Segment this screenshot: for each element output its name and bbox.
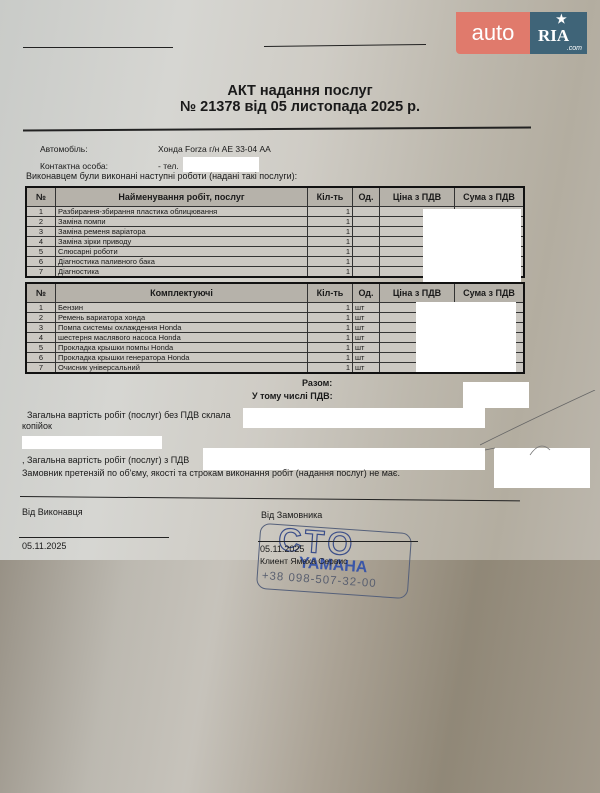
- photo-shadow: [0, 560, 600, 793]
- pen-scribble: [480, 390, 600, 490]
- cell-num: 2: [26, 313, 56, 323]
- star-icon: ★: [556, 12, 567, 27]
- cell-qty: 1: [308, 343, 353, 353]
- cell-num: 5: [26, 247, 56, 257]
- cell-unit: шт: [353, 313, 380, 323]
- redacted-parts-prices: [416, 302, 516, 372]
- cell-unit: шт: [353, 333, 380, 343]
- contact-value: - тел.: [158, 161, 179, 171]
- cell-unit: [353, 257, 380, 267]
- cell-unit: [353, 227, 380, 237]
- top-line-left: [23, 47, 173, 48]
- customer-date: 05.11.2025: [260, 544, 304, 554]
- with-vat-text: , Загальна вартість робіт (послуг) з ПДВ: [22, 455, 189, 465]
- executor-date: 05.11.2025: [22, 541, 66, 551]
- redacted-with-vat-amount: [203, 448, 485, 470]
- cell-name: Заміна зірки приводу: [56, 237, 308, 247]
- redacted-phone: [183, 157, 259, 172]
- works-header-row: № Найменування робіт, послуг Кіл-ть Од. …: [26, 187, 524, 207]
- redacted-works-prices: [423, 209, 521, 282]
- customer-sign-line: [258, 541, 418, 542]
- intro-text: Виконавцем були виконані наступні роботи…: [26, 171, 297, 181]
- cell-unit: шт: [353, 343, 380, 353]
- autoria-logo: auto ★ RIA .com: [456, 12, 587, 54]
- cell-num: 5: [26, 343, 56, 353]
- logo-ria: ★ RIA .com: [530, 12, 587, 54]
- cell-num: 3: [26, 227, 56, 237]
- executor-label: Від Виконавця: [22, 507, 83, 517]
- customer-name: Клиент Ямаха Сервис: [260, 556, 347, 566]
- cell-unit: шт: [353, 323, 380, 333]
- cell-unit: [353, 207, 380, 217]
- cell-name: Слюсарні роботи: [56, 247, 308, 257]
- cell-qty: 1: [308, 303, 353, 313]
- parts-header-row: № Комплектуючі Кіл-ть Од. Ціна з ПДВ Сум…: [26, 283, 524, 303]
- cell-name: Прокладка крышки помпы Honda: [56, 343, 308, 353]
- logo-auto: auto: [456, 12, 530, 54]
- cell-qty: 1: [308, 257, 353, 267]
- cell-name: Діагностика паливного бака: [56, 257, 308, 267]
- cell-unit: [353, 237, 380, 247]
- cell-num: 4: [26, 333, 56, 343]
- no-vat-text: Загальна вартість робіт (послуг) без ПДВ…: [27, 410, 231, 420]
- cell-num: 1: [26, 207, 56, 217]
- cell-unit: [353, 217, 380, 227]
- cell-name: Діагностика: [56, 267, 308, 278]
- cell-unit: шт: [353, 303, 380, 313]
- cell-qty: 1: [308, 333, 353, 343]
- cell-qty: 1: [308, 363, 353, 374]
- document-title: АКТ надання послуг: [0, 83, 600, 99]
- cell-qty: 1: [308, 207, 353, 217]
- contact-label: Контактна особа:: [40, 161, 108, 171]
- document-number: № 21378 від 05 листопада 2025 р.: [0, 99, 600, 115]
- title-underline: [23, 126, 531, 131]
- cell-num: 4: [26, 237, 56, 247]
- cell-unit: [353, 267, 380, 278]
- total-label: Разом:: [302, 378, 332, 388]
- cell-num: 3: [26, 323, 56, 333]
- executor-sign-line: [19, 537, 169, 538]
- cell-unit: шт: [353, 363, 380, 374]
- car-label: Автомобіль:: [40, 144, 88, 154]
- cell-num: 7: [26, 363, 56, 374]
- cell-unit: шт: [353, 353, 380, 363]
- cell-qty: 1: [308, 323, 353, 333]
- cell-name: Бензин: [56, 303, 308, 313]
- redacted-amount-words: [22, 436, 162, 449]
- no-claims-text: Замовник претензій по об'єму, якості та …: [22, 468, 400, 478]
- cell-name: Ремень вариатора хонда: [56, 313, 308, 323]
- cell-num: 6: [26, 353, 56, 363]
- car-value: Хонда Forza г/н АЕ 33-04 АА: [158, 144, 271, 154]
- cell-name: Помпа системы охлаждения Honda: [56, 323, 308, 333]
- cell-name: Прокладка крышки генератора Honda: [56, 353, 308, 363]
- cell-qty: 1: [308, 267, 353, 278]
- top-line-right: [264, 44, 426, 47]
- cell-name: Заміна ременя варіатора: [56, 227, 308, 237]
- cell-qty: 1: [308, 217, 353, 227]
- vat-label: У тому числі ПДВ:: [252, 391, 333, 401]
- redacted-no-vat-amount: [243, 408, 485, 428]
- cell-qty: 1: [308, 353, 353, 363]
- cell-num: 7: [26, 267, 56, 278]
- cell-name: шестерня маслявого насоса Honda: [56, 333, 308, 343]
- cell-name: Разбирання-збирання пластика облицювання: [56, 207, 308, 217]
- cell-num: 2: [26, 217, 56, 227]
- cell-unit: [353, 247, 380, 257]
- cell-qty: 1: [308, 227, 353, 237]
- cell-qty: 1: [308, 237, 353, 247]
- kopecks-text: копійок: [22, 421, 52, 431]
- cell-name: Очисник універсальний: [56, 363, 308, 374]
- cell-name: Заміна помпи: [56, 217, 308, 227]
- customer-label: Від Замовника: [261, 510, 322, 520]
- cell-num: 6: [26, 257, 56, 267]
- cell-qty: 1: [308, 313, 353, 323]
- cell-num: 1: [26, 303, 56, 313]
- signature-separator: [20, 496, 520, 501]
- cell-qty: 1: [308, 247, 353, 257]
